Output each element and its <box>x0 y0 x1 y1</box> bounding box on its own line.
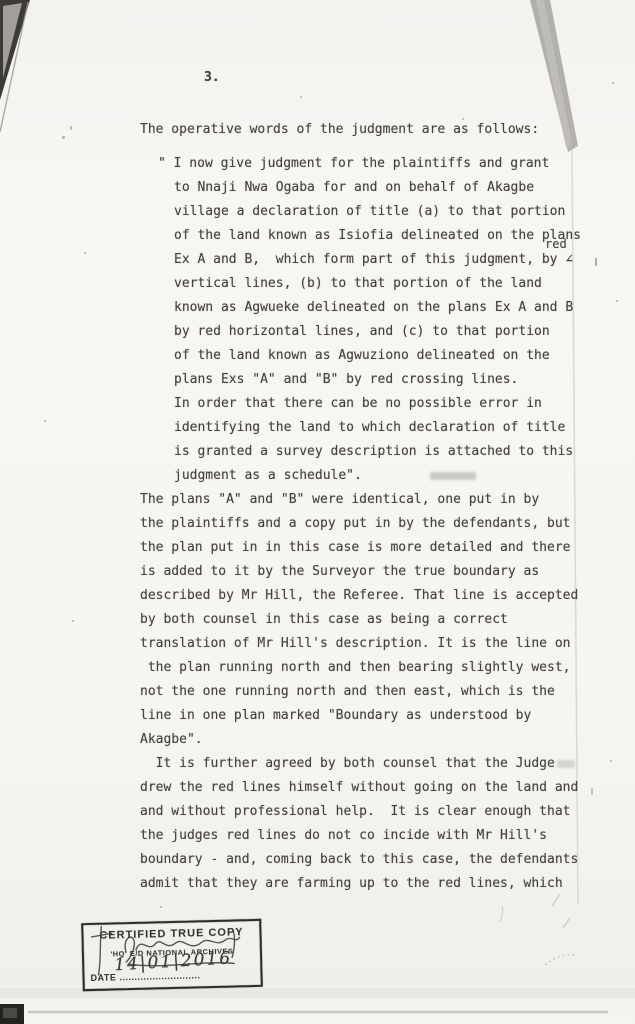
paragraph-agreed: It is further agreed by both counsel tha… <box>140 752 592 896</box>
text-line: is granted a survey description is attac… <box>174 440 592 464</box>
text-line: and without professional help. It is cle… <box>140 800 592 824</box>
text-line: Ex A and B, which form part of this judg… <box>174 248 592 272</box>
page-number: 3. <box>204 70 220 85</box>
intro-line: The operative words of the judgment are … <box>140 118 592 142</box>
text-line: In order that there can be no possible e… <box>174 392 592 416</box>
text-line: described by Mr Hill, the Referee. That … <box>140 584 592 608</box>
text-line: plans Exs "A" and "B" by red crossing li… <box>174 368 592 392</box>
stamp-title: CERTIFIED TRUE COPY <box>83 926 259 942</box>
text-line: by both counsel in this case as being a … <box>140 608 592 632</box>
text-line: village a declaration of title (a) to th… <box>174 200 592 224</box>
text-line: not the one running north and then east,… <box>140 680 592 704</box>
text-line: identifying the land to which declaratio… <box>174 416 592 440</box>
text-line: is added to it by the Surveyor the true … <box>140 560 592 584</box>
text-line: admit that they are farming up to the re… <box>140 872 592 896</box>
certified-true-copy-stamp: CERTIFIED TRUE COPY 'HQ' E/D NATIONAL AR… <box>81 919 263 991</box>
text-line: vertical lines, (b) to that portion of t… <box>174 272 592 296</box>
ink-speck <box>610 760 612 762</box>
text-line: judgment as a schedule". <box>174 464 592 488</box>
left-edge-line <box>0 2 28 132</box>
text-line: drew the red lines himself without going… <box>140 776 592 800</box>
text-line: " I now give judgment for the plaintiffs… <box>174 152 592 176</box>
corner-wedge-shadow <box>0 0 30 100</box>
ink-speck <box>62 136 65 139</box>
pencil-mark <box>500 906 503 922</box>
text-line: of the land known as Agwuziono delineate… <box>174 344 592 368</box>
text-line: translation of Mr Hill's description. It… <box>140 632 592 656</box>
bottom-left-block <box>0 1004 24 1024</box>
paragraph-plans: The plans "A" and "B" were identical, on… <box>140 488 592 752</box>
pencil-squiggle <box>545 955 575 965</box>
text-line: the plaintiffs and a copy put in by the … <box>140 512 592 536</box>
ink-speck <box>44 420 46 422</box>
ink-speck <box>300 96 302 98</box>
ink-speck <box>612 82 614 84</box>
ink-speck <box>84 252 86 254</box>
faded-text-smudge <box>430 472 476 480</box>
scanned-document-page: 3. The operative words of the judgment a… <box>0 0 635 1024</box>
text-line: boundary - and, coming back to this case… <box>140 848 592 872</box>
text-line: The plans "A" and "B" were identical, on… <box>140 488 592 512</box>
pencil-slashes <box>552 894 570 928</box>
text-line: known as Agwueke delineated on the plans… <box>174 296 592 320</box>
stamp-date-label: DATE <box>90 972 116 983</box>
inserted-word-red: red <box>545 237 567 251</box>
bottom-left-block-inner <box>3 1008 17 1018</box>
ink-speck <box>70 126 72 130</box>
text-line: the plan running north and then bearing … <box>140 656 592 680</box>
corner-wedge-paper <box>3 3 22 78</box>
ink-speck <box>616 300 618 302</box>
judgment-text-column: The operative words of the judgment are … <box>140 118 592 896</box>
text-line: the plan put in in this case is more det… <box>140 536 592 560</box>
text-line: line in one plan marked "Boundary as und… <box>140 704 592 728</box>
text-line: It is further agreed by both counsel tha… <box>140 752 592 776</box>
text-line: the judges red lines do not co incide wi… <box>140 824 592 848</box>
text-line: of the land known as Isiofia delineated … <box>174 224 592 248</box>
text-line: by red horizontal lines, and (c) to that… <box>174 320 592 344</box>
judgment-quote-block: " I now give judgment for the plaintiffs… <box>174 152 592 488</box>
ink-speck <box>160 906 162 908</box>
ink-speck <box>72 620 74 622</box>
text-line: Akagbe". <box>140 728 592 752</box>
faded-text-smudge <box>557 760 575 768</box>
text-line: to Nnaji Nwa Ogaba for and on behalf of … <box>174 176 592 200</box>
